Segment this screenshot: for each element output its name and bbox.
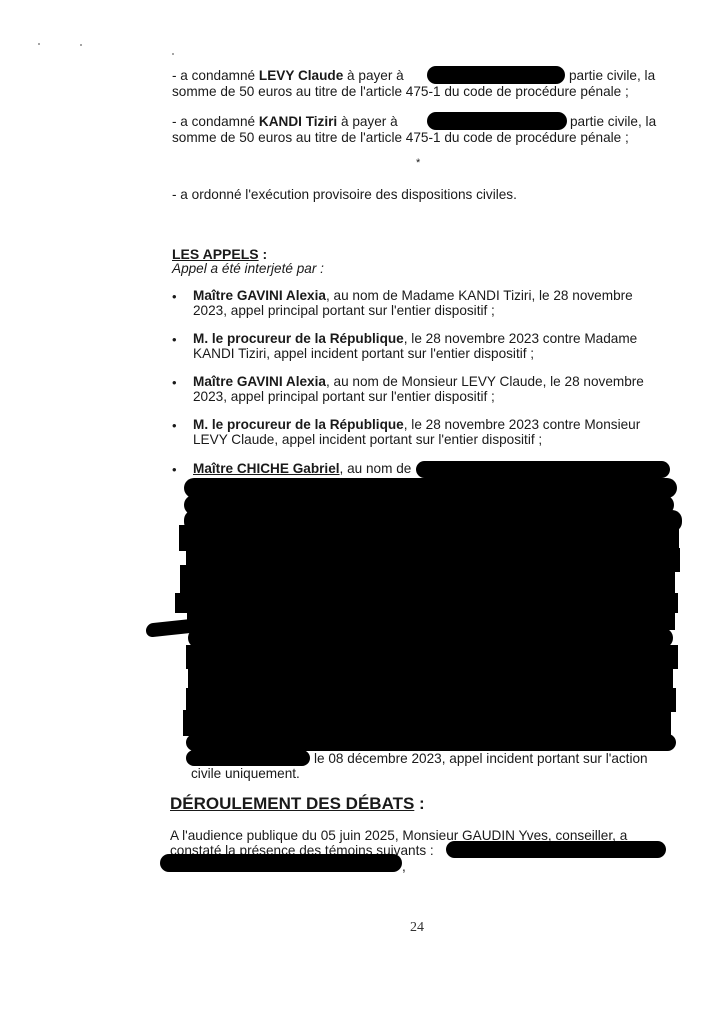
appeal-item-line1: Maître GAVINI Alexia, au nom de Monsieur… [193, 374, 644, 389]
paragraph-kandi-line1: - a condamné KANDI Tiziri à payer à [172, 114, 398, 129]
appeal-item-line2: 2023, appel principal portant sur l'enti… [193, 303, 495, 318]
paragraph-kandi-line1-end: partie civile, la [570, 114, 656, 129]
bullet-icon: • [172, 375, 177, 390]
redaction-bar [427, 112, 567, 130]
paragraph-levy-line1-end: partie civile, la [569, 68, 655, 83]
document-page: - a condamné LEVY Claude à payer à parti… [0, 0, 724, 1024]
scan-speck [80, 44, 82, 46]
redaction-bar [427, 66, 565, 84]
bullet-icon: • [172, 289, 177, 304]
appeal-item-line2: 2023, appel principal portant sur l'enti… [193, 389, 495, 404]
redaction-bar [160, 854, 402, 872]
bullet-icon: • [172, 332, 177, 347]
paragraph-levy-line2: somme de 50 euros au titre de l'article … [172, 84, 629, 99]
appeal-item-line1: Maître CHICHE Gabriel, au nom de [193, 461, 411, 476]
execution-line: - a ordonné l'exécution provisoire des d… [172, 187, 517, 202]
appeal-item-tail-line1: le 08 décembre 2023, appel incident port… [314, 751, 648, 766]
redaction-bar [446, 841, 666, 858]
appeals-heading: LES APPELS : [172, 246, 267, 262]
bullet-icon: • [172, 418, 177, 433]
scan-speck [172, 53, 174, 55]
paragraph-kandi-line2: somme de 50 euros au titre de l'article … [172, 130, 629, 145]
asterisk-separator: * [416, 156, 420, 171]
appeal-item-line2: LEVY Claude, appel incident portant sur … [193, 432, 542, 447]
debates-line3-tail: , [402, 859, 406, 874]
page-number: 24 [410, 920, 424, 936]
defendant-name: KANDI Tiziri [259, 114, 337, 129]
debates-heading: DÉROULEMENT DES DÉBATS : [170, 794, 425, 813]
appeal-item-line1: Maître GAVINI Alexia, au nom de Madame K… [193, 288, 633, 303]
appeal-item-line2: KANDI Tiziri, appel incident portant sur… [193, 346, 534, 361]
appeal-item-line1: M. le procureur de la République, le 28 … [193, 331, 637, 346]
appeals-intro: Appel a été interjeté par : [172, 261, 324, 276]
appeal-item-tail-line2: civile uniquement. [191, 766, 300, 781]
defendant-name: LEVY Claude [259, 68, 343, 83]
scan-speck [38, 43, 40, 45]
appeal-item-line1: M. le procureur de la République, le 28 … [193, 417, 640, 432]
paragraph-levy-line1: - a condamné LEVY Claude à payer à [172, 68, 404, 83]
bullet-icon: • [172, 462, 177, 477]
